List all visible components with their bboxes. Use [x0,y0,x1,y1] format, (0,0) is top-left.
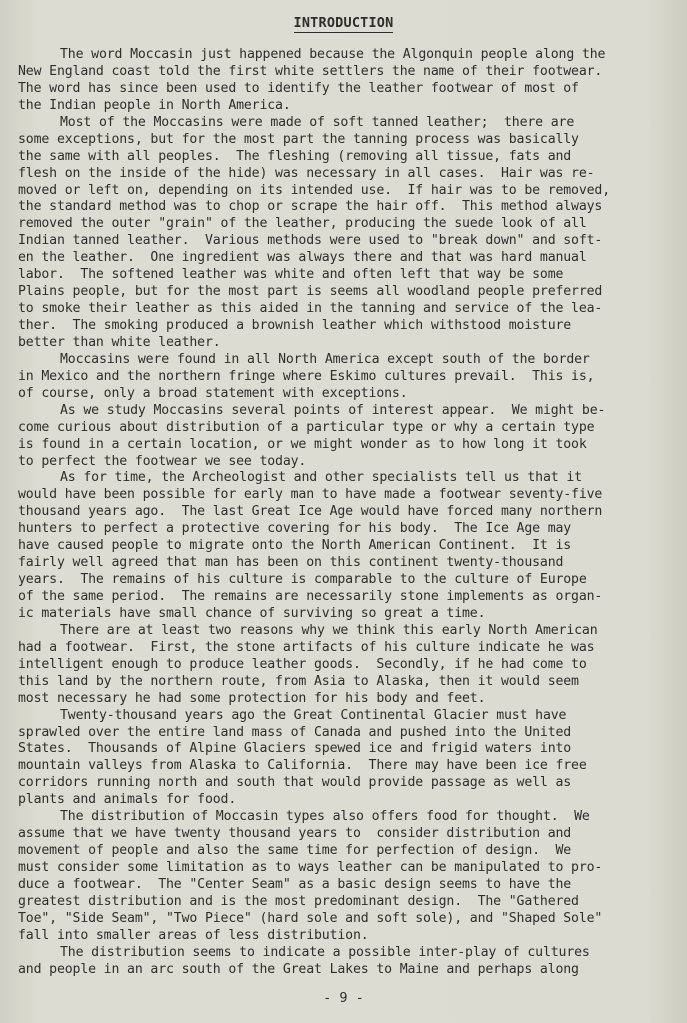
text-line: of course, only a broad statement with e… [18,386,668,403]
text-line: New England coast told the first white s… [18,64,668,81]
text-line: and people in an arc south of the Great … [18,962,668,979]
text-line: of the same period. The remains are nece… [18,589,668,606]
text-line: corridors running north and south that w… [18,775,668,792]
text-line: come curious about distribution of a par… [18,420,668,437]
text-line: Twenty-thousand years ago the Great Cont… [18,708,668,725]
paragraph: Twenty-thousand years ago the Great Cont… [18,708,668,810]
text-line: Plains people, but for the most part is … [18,284,668,301]
text-line: to perfect the footwear we see today. [18,454,668,471]
text-line: the Indian people in North America. [18,98,668,115]
text-line: greatest distribution and is the most pr… [18,894,668,911]
page-title-text: INTRODUCTION [294,15,394,33]
text-line: ic materials have small chance of surviv… [18,606,668,623]
text-line: fairly well agreed that man has been on … [18,555,668,572]
paragraph: As we study Moccasins several points of … [18,403,668,471]
text-line: had a footwear. First, the stone artifac… [18,640,668,657]
text-line: plants and animals for food. [18,792,668,809]
text-line: The word has since been used to identify… [18,81,668,98]
text-line: The distribution of Moccasin types also … [18,809,668,826]
text-line: in Mexico and the northern fringe where … [18,369,668,386]
text-line: Indian tanned leather. Various methods w… [18,233,668,250]
text-line: flesh on the inside of the hide) was nec… [18,166,668,183]
text-line: thousand years ago. The last Great Ice A… [18,504,668,521]
document-page: INTRODUCTION The word Moccasin just happ… [0,0,687,1023]
text-line: moved or left on, depending on its inten… [18,183,668,200]
paragraph: Most of the Moccasins were made of soft … [18,115,668,352]
body-text: The word Moccasin just happened because … [18,47,668,979]
text-line: this land by the northern route, from As… [18,674,668,691]
paragraph: As for time, the Archeologist and other … [18,470,668,622]
text-line: to smoke their leather as this aided in … [18,301,668,318]
text-line: The distribution seems to indicate a pos… [18,945,668,962]
text-line: As for time, the Archeologist and other … [18,470,668,487]
text-line: removed the outer "grain" of the leather… [18,216,668,233]
text-line: en the leather. One ingredient was alway… [18,250,668,267]
text-line: Toe", "Side Seam", "Two Piece" (hard sol… [18,911,668,928]
text-line: is found in a certain location, or we mi… [18,437,668,454]
text-line: better than white leather. [18,335,668,352]
paragraph: The distribution seems to indicate a pos… [18,945,668,979]
text-line: The word Moccasin just happened because … [18,47,668,64]
text-line: As we study Moccasins several points of … [18,403,668,420]
text-line: hunters to perfect a protective covering… [18,521,668,538]
text-line: duce a footwear. The "Center Seam" as a … [18,877,668,894]
text-line: sprawled over the entire land mass of Ca… [18,725,668,742]
text-line: assume that we have twenty thousand year… [18,826,668,843]
text-line: Moccasins were found in all North Americ… [18,352,668,369]
paragraph: The word Moccasin just happened because … [18,47,668,115]
paragraph: The distribution of Moccasin types also … [18,809,668,945]
text-line: fall into smaller areas of less distribu… [18,928,668,945]
text-line: mountain valleys from Alaska to Californ… [18,758,668,775]
paragraph: Moccasins were found in all North Americ… [18,352,668,403]
text-line: years. The remains of his culture is com… [18,572,668,589]
text-line: labor. The softened leather was white an… [18,267,668,284]
page-number: - 9 - [0,990,687,1006]
text-line: some exceptions, but for the most part t… [18,132,668,149]
text-line: movement of people and also the same tim… [18,843,668,860]
text-line: most necessary he had some protection fo… [18,691,668,708]
text-line: the same with all peoples. The fleshing … [18,149,668,166]
text-line: States. Thousands of Alpine Glaciers spe… [18,741,668,758]
text-line: have caused people to migrate onto the N… [18,538,668,555]
paragraph: There are at least two reasons why we th… [18,623,668,708]
text-line: There are at least two reasons why we th… [18,623,668,640]
text-line: intelligent enough to produce leather go… [18,657,668,674]
text-line: Most of the Moccasins were made of soft … [18,115,668,132]
text-line: the standard method was to chop or scrap… [18,199,668,216]
page-title: INTRODUCTION [0,15,687,31]
text-line: would have been possible for early man t… [18,487,668,504]
text-line: must consider some limitation as to ways… [18,860,668,877]
text-line: ther. The smoking produced a brownish le… [18,318,668,335]
